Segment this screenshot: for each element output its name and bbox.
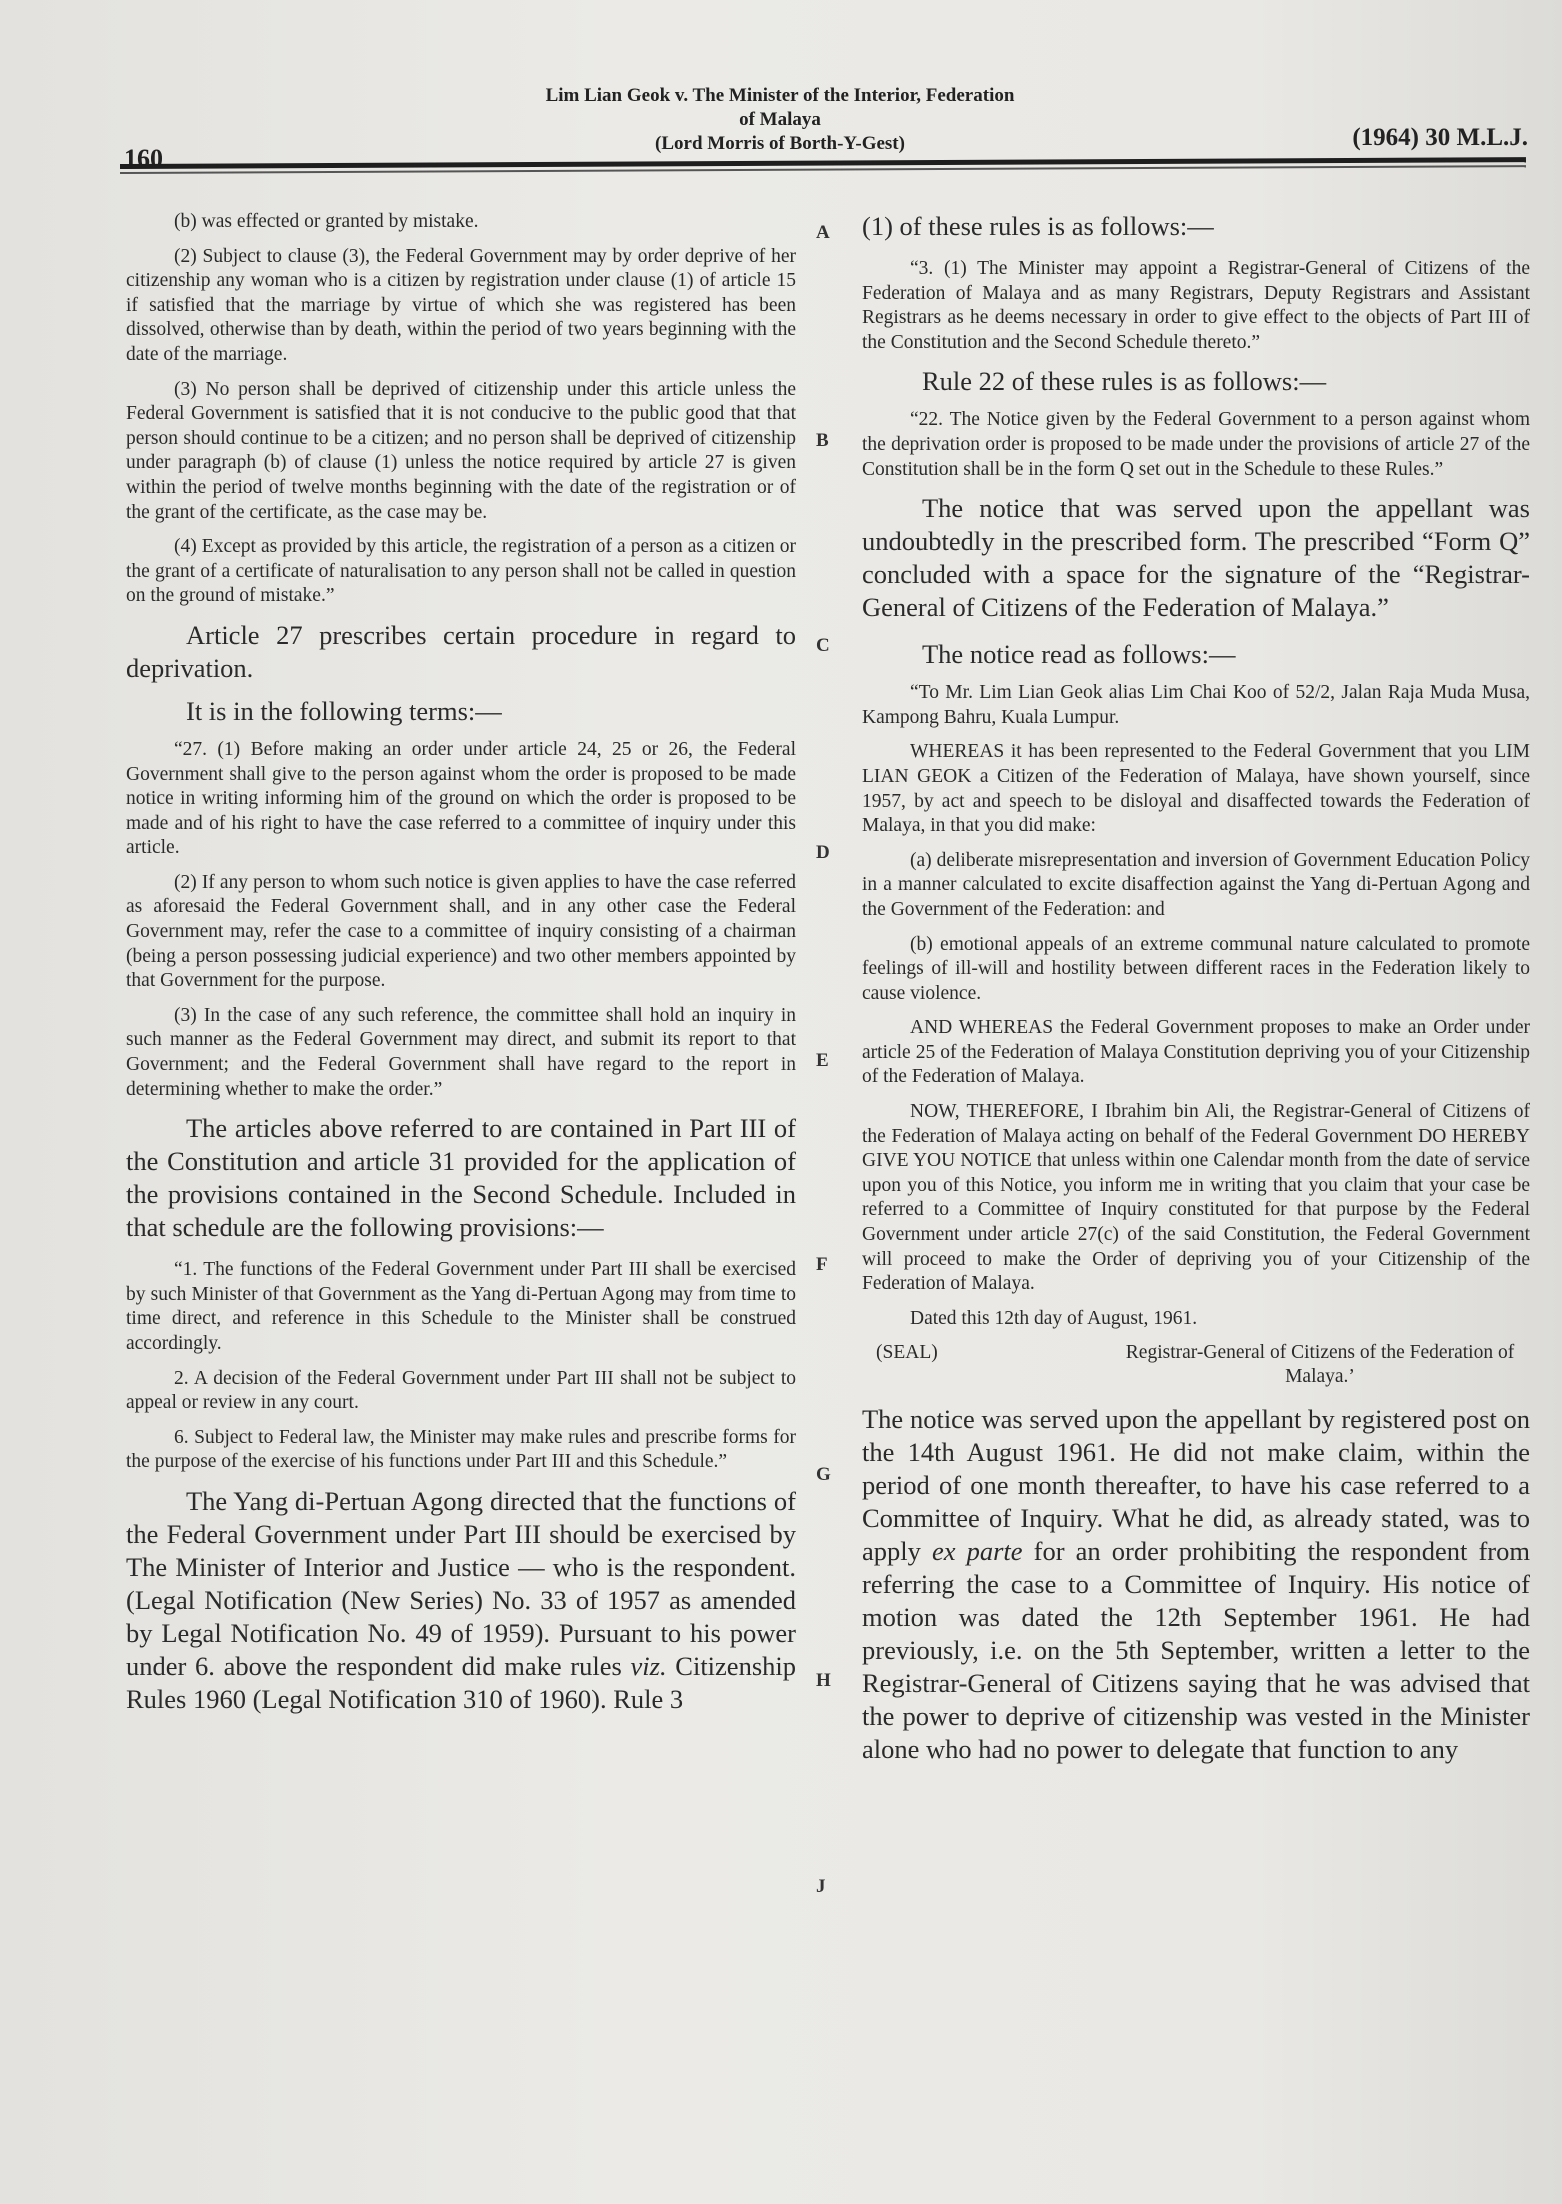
left-paragraph: The articles above referred to are conta…: [126, 1112, 796, 1244]
margin-letter-b: B: [816, 430, 829, 452]
left-paragraph: (b) was effected or granted by mistake.: [126, 210, 796, 235]
margin-letter-h: H: [816, 1670, 831, 1692]
right-paragraph: WHEREAS it has been represented to the F…: [862, 740, 1530, 838]
document-page: 160 Lim Lian Geok v. The Minister of the…: [0, 0, 1562, 2204]
margin-letter-f: F: [816, 1254, 828, 1276]
registrar-signature: Registrar-General of Citizens of the Fed…: [1110, 1341, 1530, 1389]
margin-letter-a: A: [816, 222, 830, 244]
margin-letter-g: G: [816, 1464, 831, 1486]
left-paragraph: “27. (1) Before making an order under ar…: [126, 738, 796, 861]
margin-letter-d: D: [816, 842, 830, 864]
right-paragraph: NOW, THEREFORE, I Ibrahim bin Ali, the R…: [862, 1100, 1530, 1297]
left-paragraph: It is in the following terms:—: [126, 695, 796, 728]
right-paragraph: “22. The Notice given by the Federal Gov…: [862, 408, 1530, 482]
running-title: Lim Lian Geok v. The Minister of the Int…: [440, 84, 1120, 156]
right-paragraph: AND WHEREAS the Federal Government propo…: [862, 1016, 1530, 1090]
page-number: 160: [124, 144, 163, 174]
right-paragraph: The notice read as follows:—: [862, 638, 1530, 671]
margin-letter-e: E: [816, 1050, 829, 1072]
right-paragraph: (b) emotional appeals of an extreme comm…: [862, 933, 1530, 1007]
law-report-citation: (1964) 30 M.L.J.: [1352, 124, 1528, 152]
left-paragraph: 2. A decision of the Federal Government …: [126, 1367, 796, 1416]
left-paragraph: (3) In the case of any such reference, t…: [126, 1004, 796, 1102]
page-header: 160 Lim Lian Geok v. The Minister of the…: [120, 80, 1530, 170]
seal-signature-block: (SEAL)Registrar-General of Citizens of t…: [862, 1341, 1530, 1389]
right-paragraph: Dated this 12th day of August, 1961.: [862, 1307, 1530, 1332]
left-paragraph: (2) Subject to clause (3), the Federal G…: [126, 245, 796, 368]
right-paragraph: “3. (1) The Minister may appoint a Regis…: [862, 257, 1530, 355]
left-paragraph: (3) No person shall be deprived of citiz…: [126, 378, 796, 526]
left-paragraph: (4) Except as provided by this article, …: [126, 535, 796, 609]
left-paragraph: The Yang di-Pertuan Agong directed that …: [126, 1485, 796, 1716]
right-paragraph: Rule 22 of these rules is as follows:—: [862, 365, 1530, 398]
right-paragraph: The notice that was served upon the appe…: [862, 492, 1530, 624]
seal-label: (SEAL): [876, 1341, 938, 1389]
left-paragraph: Article 27 prescribes certain procedure …: [126, 619, 796, 685]
left-paragraph: (2) If any person to whom such notice is…: [126, 871, 796, 994]
right-column: (1) of these rules is as follows:—“3. (1…: [862, 210, 1530, 1780]
margin-letter-j: J: [816, 1876, 826, 1898]
right-paragraph: (1) of these rules is as follows:—: [862, 210, 1530, 243]
right-paragraph: (a) deliberate misrepresentation and inv…: [862, 849, 1530, 923]
running-title-line-3: (Lord Morris of Borth-Y-Gest): [440, 132, 1120, 156]
running-title-line-1: Lim Lian Geok v. The Minister of the Int…: [440, 84, 1120, 108]
right-end-paragraph: The notice was served upon the appellant…: [862, 1403, 1530, 1766]
margin-letter-c: C: [816, 635, 830, 657]
left-column: (b) was effected or granted by mistake.(…: [126, 210, 796, 1730]
running-title-line-2: of Malaya: [440, 108, 1120, 132]
right-paragraph: “To Mr. Lim Lian Geok alias Lim Chai Koo…: [862, 681, 1530, 730]
left-paragraph: 6. Subject to Federal law, the Minister …: [126, 1426, 796, 1475]
left-paragraph: “1. The functions of the Federal Governm…: [126, 1258, 796, 1356]
